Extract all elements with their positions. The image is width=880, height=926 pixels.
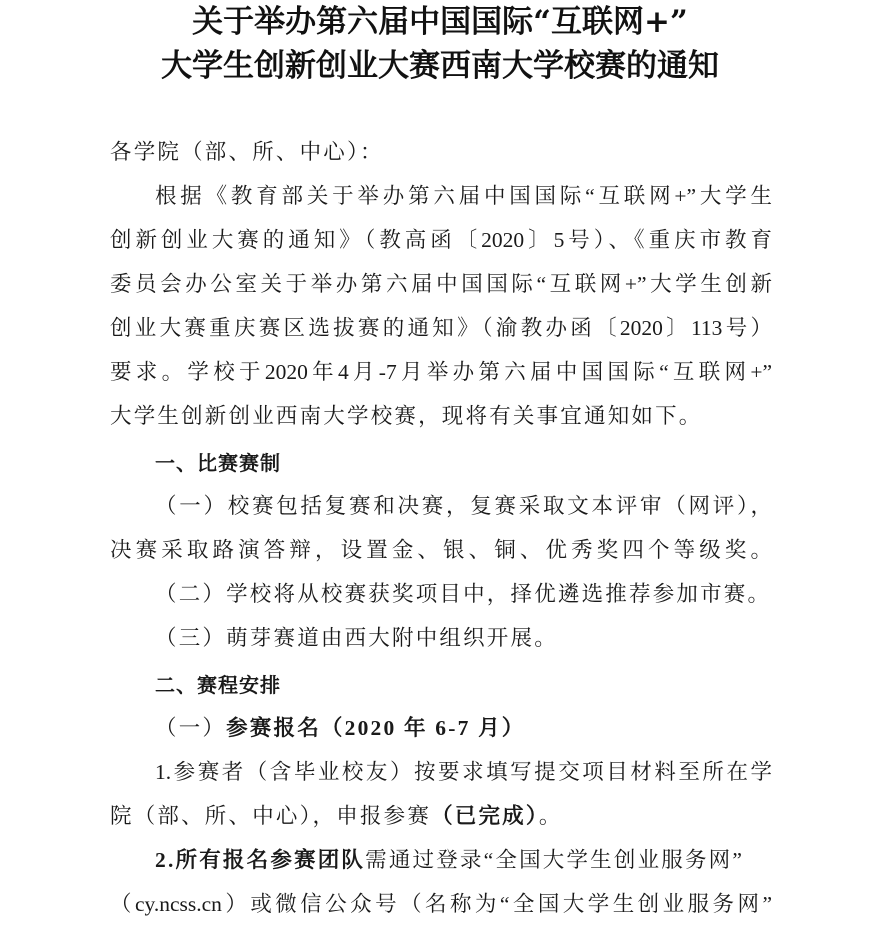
- item2-bold-text: 2.所有报名参赛团队: [155, 848, 365, 872]
- subheading-date: （2020 年 6-7 月）: [321, 716, 526, 740]
- item1-end: 。: [539, 804, 563, 828]
- intro-line: 委员会办公室关于举办第六届中国国际“互联网+”大学生创新: [110, 270, 772, 298]
- subheading-prefix: （一）: [155, 716, 226, 740]
- section1-item-2: （二）学校将从校赛获奖项目中，择优遴选推荐参加市赛。: [155, 580, 772, 608]
- section2-item-1-line-2: 院（部、所、中心），申报参赛（已完成）。: [110, 802, 772, 830]
- subheading-label: 参赛报名: [226, 716, 321, 740]
- document-title-line-1: 关于举办第六届中国国际“互联网+”: [0, 0, 880, 41]
- intro-line: 要求。学校于2020年4月-7月举办第六届中国国际“互联网+”: [110, 358, 772, 386]
- salutation: 各学院（部、所、中心）：: [110, 138, 772, 166]
- item2-text: 需通过登录“全国大学生创业服务网”: [365, 848, 744, 872]
- intro-line: 创业大赛重庆赛区选拔赛的通知》（渝教办函〔2020〕113号）: [110, 314, 772, 342]
- item1-text: 院（部、所、中心），申报参赛: [110, 804, 431, 828]
- section-heading-2: 二、赛程安排: [155, 671, 772, 699]
- completed-status: （已完成）: [431, 804, 539, 828]
- section2-item-2-line-2: （cy.ncss.cn）或微信公众号（名称为“全国大学生创业服务网”: [110, 890, 772, 918]
- section2-item-1-line-1: 1.参赛者（含毕业校友）按要求填写提交项目材料至所在学: [155, 758, 772, 786]
- document-title-line-2: 大学生创新创业大赛西南大学校赛的通知: [0, 40, 880, 85]
- section1-item-3: （三）萌芽赛道由西大附中组织开展。: [155, 624, 772, 652]
- intro-line: 大学生创新创业西南大学校赛，现将有关事宜通知如下。: [110, 402, 772, 430]
- section2-subheading: （一）参赛报名（2020 年 6-7 月）: [155, 714, 772, 742]
- section1-item-1-line-2: 决赛采取路演答辩，设置金、银、铜、优秀奖四个等级奖。: [110, 536, 772, 564]
- section-heading-1: 一、比赛赛制: [155, 449, 772, 477]
- section1-item-1-line-1: （一）校赛包括复赛和决赛，复赛采取文本评审（网评），: [155, 492, 772, 520]
- intro-line: 创新创业大赛的通知》（教高函〔2020〕5号）、《重庆市教育: [110, 226, 772, 254]
- intro-line: 根据《教育部关于举办第六届中国国际“互联网+”大学生: [155, 182, 772, 210]
- section2-item-2-line-1: 2.所有报名参赛团队需通过登录“全国大学生创业服务网”: [155, 846, 772, 874]
